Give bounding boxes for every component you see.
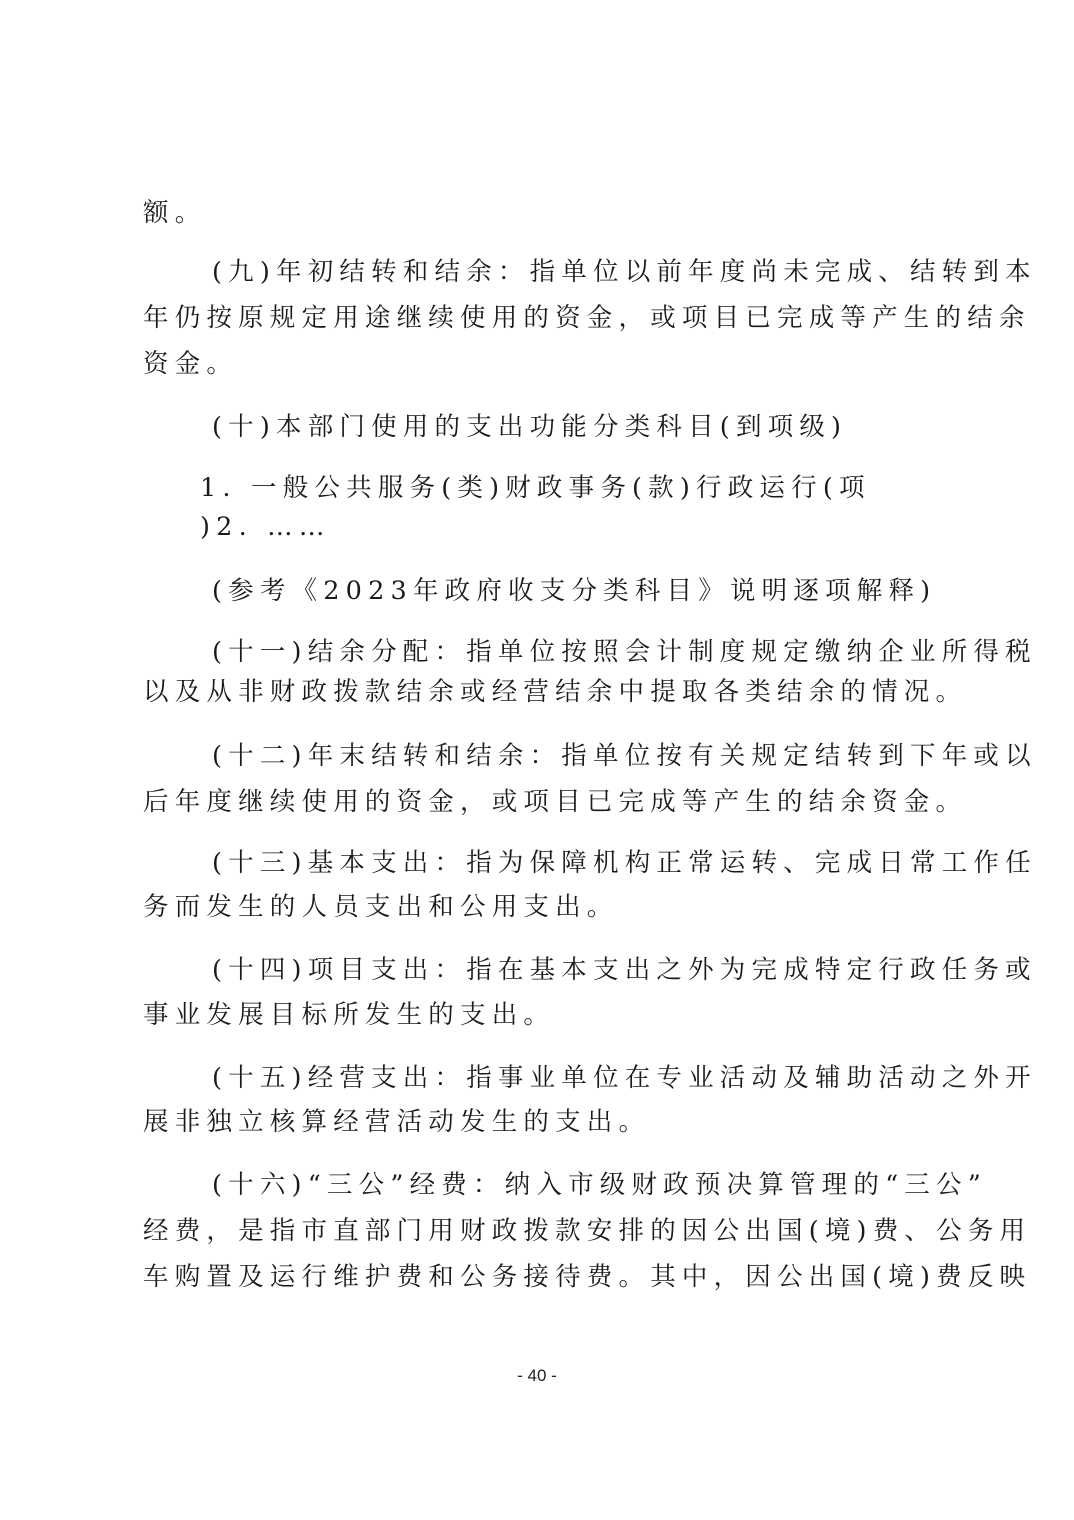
- list-item-2: )2. ……: [200, 512, 331, 542]
- paragraph-16-line-3: 车购置及运行维护费和公务接待费。其中，因公出国(境)费反映: [143, 1262, 1031, 1292]
- list-item-1: 1. 一般公共服务(类)财政事务(款)行政运行(项: [200, 473, 871, 503]
- paragraph-13-line-2: 务而发生的人员支出和公用支出。: [143, 892, 619, 922]
- text-line: 额。: [143, 198, 206, 228]
- document-page: 额。 (九)年初结转和结余：指单位以前年度尚未完成、结转到本 年仍按原规定用途继…: [0, 0, 1074, 1520]
- reference-note: (参考《2023年政府收支分类科目》说明逐项解释): [212, 576, 936, 606]
- paragraph-9-line-2: 年仍按原规定用途继续使用的资金，或项目已完成等产生的结余: [143, 303, 1031, 333]
- page-number: - 40 -: [0, 1366, 1074, 1386]
- paragraph-16-line-2: 经费，是指市直部门用财政拨款安排的因公出国(境)费、公务用: [143, 1216, 1031, 1246]
- paragraph-12-line-2: 后年度继续使用的资金，或项目已完成等产生的结余资金。: [143, 787, 967, 817]
- paragraph-14-line-2: 事业发展目标所发生的支出。: [143, 1000, 555, 1030]
- paragraph-11-line-2: 以及从非财政拨款结余或经营结余中提取各类结余的情况。: [143, 677, 967, 707]
- paragraph-13-line-1: (十三)基本支出：指为保障机构正常运转、完成日常工作任: [212, 848, 1037, 878]
- paragraph-15-line-1: (十五)经营支出：指事业单位在专业活动及辅助活动之外开: [212, 1063, 1037, 1093]
- paragraph-16-line-1: (十六)“三公”经费：纳入市级财政预决算管理的“三公”: [212, 1170, 987, 1200]
- paragraph-11-line-1: (十一)结余分配：指单位按照会计制度规定缴纳企业所得税: [212, 637, 1037, 667]
- paragraph-15-line-2: 展非独立核算经营活动发生的支出。: [143, 1107, 650, 1137]
- paragraph-14-line-1: (十四)项目支出：指在基本支出之外为完成特定行政任务或: [212, 955, 1037, 985]
- paragraph-12-line-1: (十二)年末结转和结余：指单位按有关规定结转到下年或以: [212, 741, 1037, 771]
- paragraph-9-line-3: 资金。: [143, 349, 238, 379]
- paragraph-9-line-1: (九)年初结转和结余：指单位以前年度尚未完成、结转到本: [212, 257, 1037, 287]
- paragraph-10-heading: (十)本部门使用的支出功能分类科目(到项级): [212, 412, 847, 442]
